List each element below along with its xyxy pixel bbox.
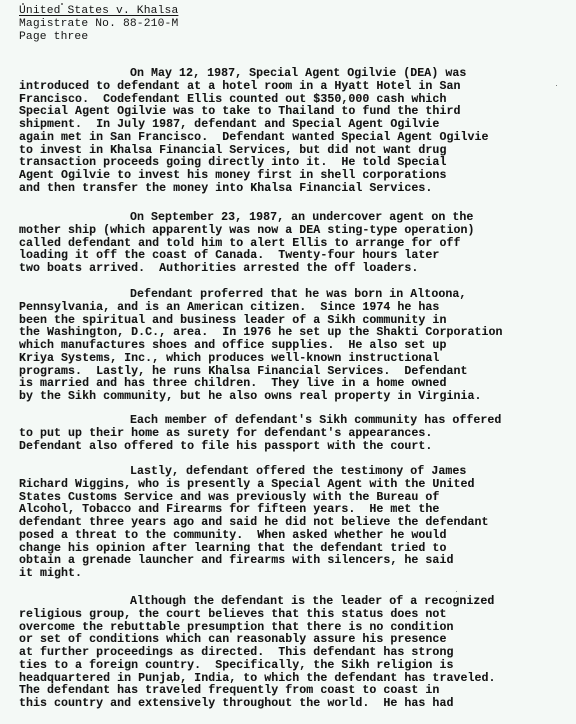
text-line: Each member of defendant's Sikh communit… xyxy=(19,415,576,428)
text-line: Agent Ogilvie to invest his money first … xyxy=(19,170,576,183)
text-line: Lastly, defendant offered the testimony … xyxy=(19,466,576,479)
text-line: Kriya Systems, Inc., which produces well… xyxy=(19,353,576,366)
text-line: ties to a foreign country. Specifically,… xyxy=(19,660,576,673)
document-page: United States v. Khalsa Magistrate No. 8… xyxy=(0,0,576,724)
document-header: United States v. Khalsa Magistrate No. 8… xyxy=(19,5,178,44)
text-line: this country and extensively throughout … xyxy=(19,698,576,711)
text-line: introduced to defendant at a hotel room … xyxy=(19,81,576,94)
text-line: shipment. In July 1987, defendant and Sp… xyxy=(19,119,576,132)
page-label: Page three xyxy=(19,31,178,44)
text-line: On May 12, 1987, Special Agent Ogilvie (… xyxy=(19,68,576,81)
text-line: again met in San Francisco. Defendant wa… xyxy=(19,132,576,145)
text-line: two boats arrived. Authorities arrested … xyxy=(19,263,576,276)
paragraph-meeting-ogilvie: On May 12, 1987, Special Agent Ogilvie (… xyxy=(19,68,576,196)
text-line: defendant three years ago and said he di… xyxy=(19,517,576,530)
text-line: Defendant also offered to file his passp… xyxy=(19,441,576,454)
paragraph-wiggins-testimony: Lastly, defendant offered the testimony … xyxy=(19,466,576,581)
paragraph-sting-operation: On September 23, 1987, an undercover age… xyxy=(19,212,576,276)
magistrate-number: Magistrate No. 88-210-M xyxy=(19,18,178,31)
paragraph-surety-offer: Each member of defendant's Sikh communit… xyxy=(19,415,576,453)
text-line: Richard Wiggins, who is presently a Spec… xyxy=(19,479,576,492)
text-line: religious group, the court believes that… xyxy=(19,609,576,622)
text-line: to put up their home as surety for defen… xyxy=(19,428,576,441)
text-line: Although the defendant is the leader of … xyxy=(19,596,576,609)
text-line: mother ship (which apparently was now a … xyxy=(19,225,576,238)
text-line: by the Sikh community, but he also owns … xyxy=(19,391,576,404)
text-line: it might. xyxy=(19,568,576,581)
text-line: obtain a grenade launcher and firearms w… xyxy=(19,555,576,568)
text-line: at further proceedings as directed. This… xyxy=(19,647,576,660)
text-line: On September 23, 1987, an undercover age… xyxy=(19,212,576,225)
text-line: and then transfer the money into Khalsa … xyxy=(19,183,576,196)
text-line: Defendant proferred that he was born in … xyxy=(19,289,576,302)
paragraph-defendant-background: Defendant proferred that he was born in … xyxy=(19,289,576,404)
text-line: Pennsylvania, and is an American citizen… xyxy=(19,302,576,315)
text-line: which manufactures shoes and office supp… xyxy=(19,340,576,353)
case-title: United States v. Khalsa xyxy=(19,5,178,18)
scan-speck xyxy=(456,591,457,592)
text-line: posed a threat to the community. When as… xyxy=(19,530,576,543)
paragraph-court-findings: Although the defendant is the leader of … xyxy=(19,596,576,711)
